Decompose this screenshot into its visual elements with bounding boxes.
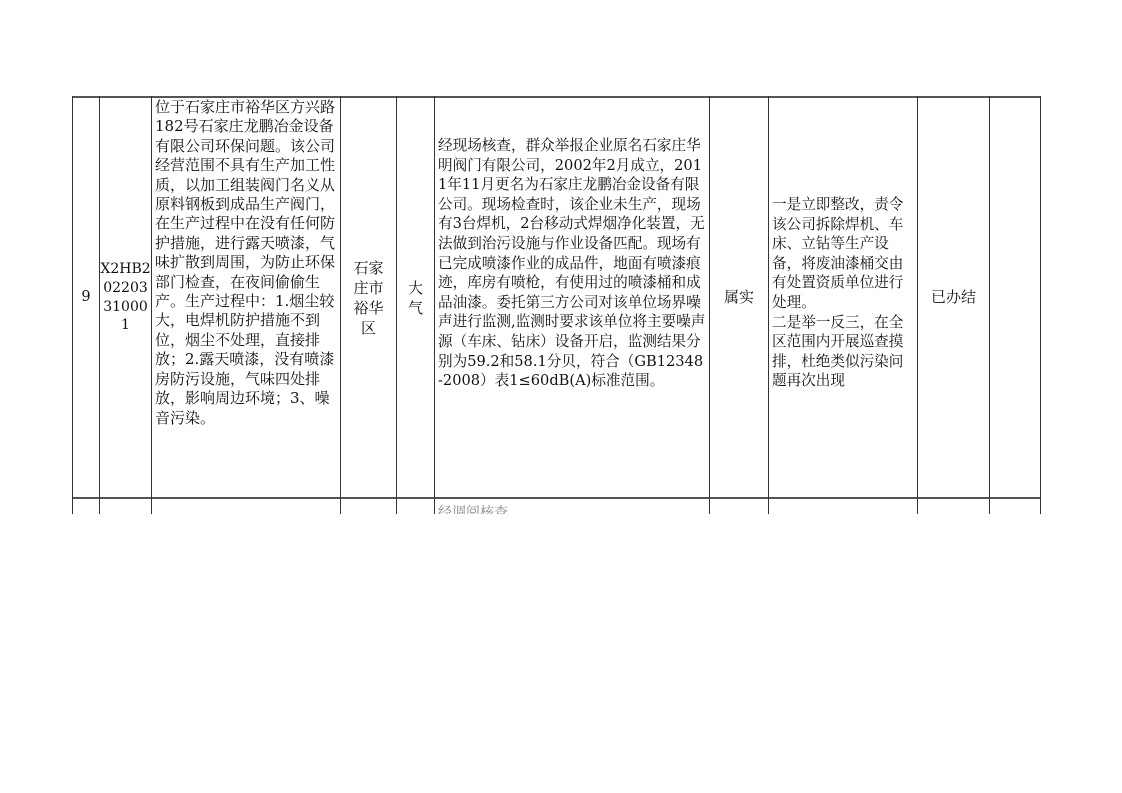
pollution-category: 大 气 — [397, 98, 434, 497]
district-line: 庄市 — [353, 278, 383, 298]
case-id-line: 31000 — [100, 298, 150, 317]
rectification-actions: 一是立即整改，责令该公司拆除焊机、车床、立钻等生产设备，将废油漆桶交由有处置资质… — [769, 195, 917, 391]
category-line: 气 — [408, 298, 423, 318]
verdict-text: 属实 — [724, 288, 754, 307]
district-line: 区 — [353, 318, 383, 338]
investigation-result: 经现场核查，群众举报企业原名石家庄华明阀门有限公司，2002年2月成立，2011… — [435, 136, 709, 391]
col-border — [1040, 96, 1041, 514]
case-id-line: 02203 — [100, 279, 150, 298]
complaint-table: 9 X2HB2 02203 31000 1 位于石家庄市裕华区方兴路182号石家… — [72, 96, 1041, 514]
next-row-partial-text: 经调阅核查，... — [438, 504, 708, 514]
district: 石家 庄市 裕华 区 — [341, 98, 396, 497]
row-index: 9 — [73, 98, 99, 497]
remarks — [990, 98, 1040, 497]
case-id-line: 1 — [100, 316, 150, 335]
category-line: 大 — [408, 278, 423, 298]
complaint-content: 位于石家庄市裕华区方兴路182号石家庄龙鹏冶金设备有限公司环保问题。该公司经营范… — [152, 98, 340, 504]
verdict: 属实 — [710, 98, 768, 497]
row-index-text: 9 — [81, 288, 90, 307]
handling-status: 已办结 — [918, 98, 989, 497]
case-id: X2HB2 02203 31000 1 — [100, 98, 151, 497]
case-id-line: X2HB2 — [100, 260, 150, 279]
district-line: 裕华 — [353, 298, 383, 318]
district-line: 石家 — [353, 258, 383, 278]
status-text: 已办结 — [931, 288, 976, 307]
